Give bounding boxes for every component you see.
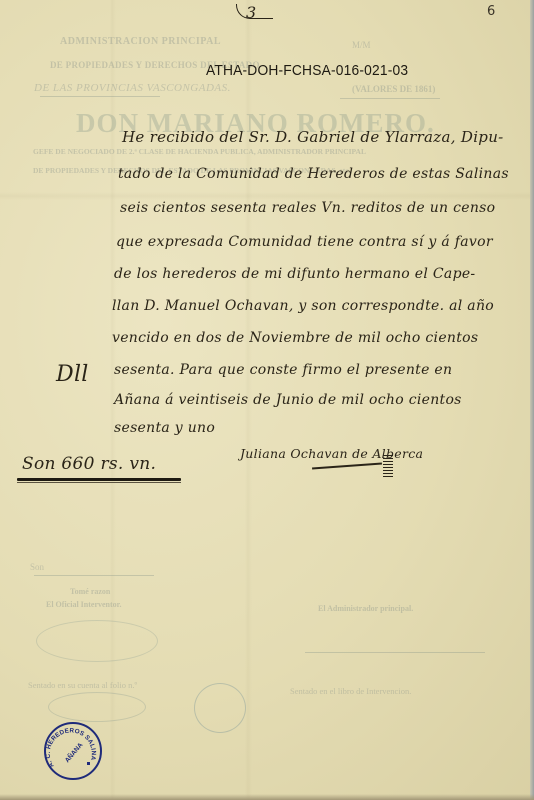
- body-line-6: llan D. Manuel Ochavan, y son correspond…: [112, 298, 494, 314]
- amount-note: Son 660 rs. vn.: [22, 454, 156, 474]
- bleed-son: Son: [30, 562, 44, 572]
- bleed-son-rule: [34, 575, 154, 576]
- body-line-9: Añana á veintiseis de Junio de mil ocho …: [114, 392, 462, 408]
- bleed-sentado-libro: Sentado en el libro de Intervencion.: [290, 686, 411, 696]
- margin-note: Dll: [56, 362, 89, 387]
- body-line-7: vencido en dos de Noviembre de mil ocho …: [112, 330, 478, 346]
- bleed-rule-right: [340, 98, 440, 99]
- bleed-right-top: M/M: [352, 40, 371, 50]
- archive-code: ATHA-DOH-FCHSA-016-021-03: [206, 62, 408, 79]
- document-page: ADMINISTRACION PRINCIPAL DE PROPIEDADES …: [0, 0, 534, 800]
- bleed-title1: GEFE DE NEGOCIADO DE 2.ª CLASE DE HACIEN…: [33, 147, 366, 156]
- body-line-5: de los herederos de mi difunto hermano e…: [114, 266, 475, 282]
- stamp-inner-text: AÑANA: [62, 740, 84, 764]
- body-line-8: sesenta. Para que conste firmo el presen…: [114, 362, 452, 378]
- bleed-header-line1: ADMINISTRACION PRINCIPAL: [60, 36, 221, 47]
- signature: Juliana Ochavan de Alberca: [240, 446, 423, 461]
- body-line-2: tado de la Comunidad de Herederos de est…: [118, 166, 509, 182]
- amount-underline: [17, 478, 181, 481]
- bleed-sentado-cuenta: Sentado en su cuenta al folio n.º: [28, 680, 137, 690]
- signature-flourish: [312, 463, 382, 470]
- bleed-rule: [40, 96, 160, 97]
- bleed-tome-razon: Tomé razon: [70, 587, 110, 596]
- folio-mark: 3: [246, 3, 256, 22]
- body-line-3: seis cientos sesenta reales Vn. reditos …: [120, 200, 495, 216]
- bleed-administrador: El Administrador principal.: [318, 604, 413, 613]
- body-line-10: sesenta y uno: [114, 420, 215, 436]
- body-line-4: que expresada Comunidad tiene contra sí …: [116, 234, 493, 250]
- page-number: 6: [487, 4, 495, 19]
- amount-underline-thin: [17, 482, 181, 483]
- page-edge-bottom: [0, 794, 534, 800]
- stamp-dot-icon: [87, 762, 90, 765]
- bleed-stamp: [194, 683, 246, 733]
- body-line-1: He recibido del Sr. D. Gabriel de Ylarra…: [122, 128, 504, 146]
- bleed-interventor: El Oficial Interventor.: [46, 600, 121, 609]
- bleed-oval: [48, 692, 146, 722]
- signature-rubric: [383, 455, 393, 477]
- bleed-right-year: (VALORES DE 1861): [352, 84, 435, 94]
- stamp-ring-icon: A. C. HEREDEROS SALINAS AÑANA: [44, 722, 102, 780]
- bleed-admin-rule: [305, 652, 485, 653]
- bleed-signature-oval: [36, 620, 158, 662]
- bleed-header-line3: DE LAS PROVINCIAS VASCONGADAS.: [34, 82, 231, 94]
- page-edge-right: [530, 0, 534, 800]
- archive-stamp: A. C. HEREDEROS SALINAS AÑANA: [44, 722, 102, 780]
